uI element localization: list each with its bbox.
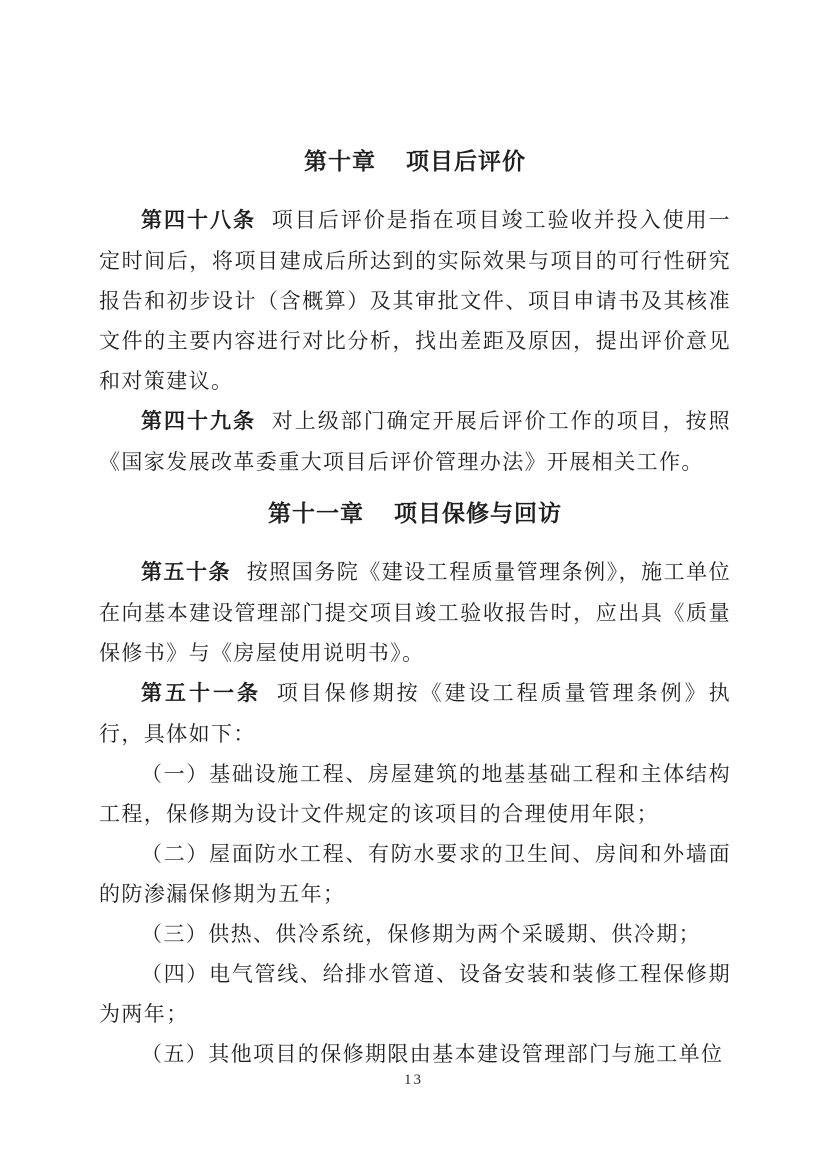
chapter-11-title: 项目保修与回访: [394, 500, 562, 526]
article-50-paragraph: 第五十条按照国务院《建设工程质量管理条例》，施工单位在向基本建设管理部门提交项目…: [99, 552, 731, 673]
list-item-4: （四）电气管线、给排水管道、设备安装和装修工程保修期为两年；: [99, 954, 731, 1034]
article-48-paragraph: 第四十八条项目后评价是指在项目竣工验收并投入使用一定时间后，将项目建成后所达到的…: [99, 200, 731, 401]
article-48-label: 第四十八条: [141, 209, 256, 232]
chapter-11-heading: 第十一章项目保修与回访: [99, 498, 731, 528]
document-page: { "document": { "chapter10": { "num": "第…: [0, 0, 827, 1170]
chapter-10-title: 项目后评价: [406, 148, 526, 174]
article-50-label: 第五十条: [141, 561, 231, 584]
list-item-1: （一）基础设施工程、房屋建筑的地基基础工程和主体结构工程，保修期为设计文件规定的…: [99, 754, 731, 834]
article-49-paragraph: 第四十九条对上级部门确定开展后评价工作的项目，按照《国家发展改革委重大项目后评价…: [99, 401, 731, 482]
article-51-label: 第五十一条: [141, 682, 261, 705]
chapter-11-number: 第十一章: [268, 500, 364, 526]
article-51-paragraph: 第五十一条项目保修期按《建设工程质量管理条例》执行，具体如下：: [99, 673, 731, 754]
page-number: 13: [0, 1072, 827, 1089]
list-item-5: （五）其他项目的保修期限由基本建设管理部门与施工单位: [99, 1034, 731, 1074]
article-48-text: 项目后评价是指在项目竣工验收并投入使用一定时间后，将项目建成后所达到的实际效果与…: [99, 208, 731, 393]
list-item-2: （二）屋面防水工程、有防水要求的卫生间、房间和外墙面的防渗漏保修期为五年；: [99, 834, 731, 914]
chapter-10-number: 第十章: [304, 148, 376, 174]
chapter-10-heading: 第十章项目后评价: [99, 146, 731, 176]
article-49-label: 第四十九条: [141, 410, 256, 433]
page-content: 第十章项目后评价 第四十八条项目后评价是指在项目竣工验收并投入使用一定时间后，将…: [99, 146, 731, 1074]
list-item-3: （三）供热、供冷系统，保修期为两个采暖期、供冷期；: [99, 914, 731, 954]
